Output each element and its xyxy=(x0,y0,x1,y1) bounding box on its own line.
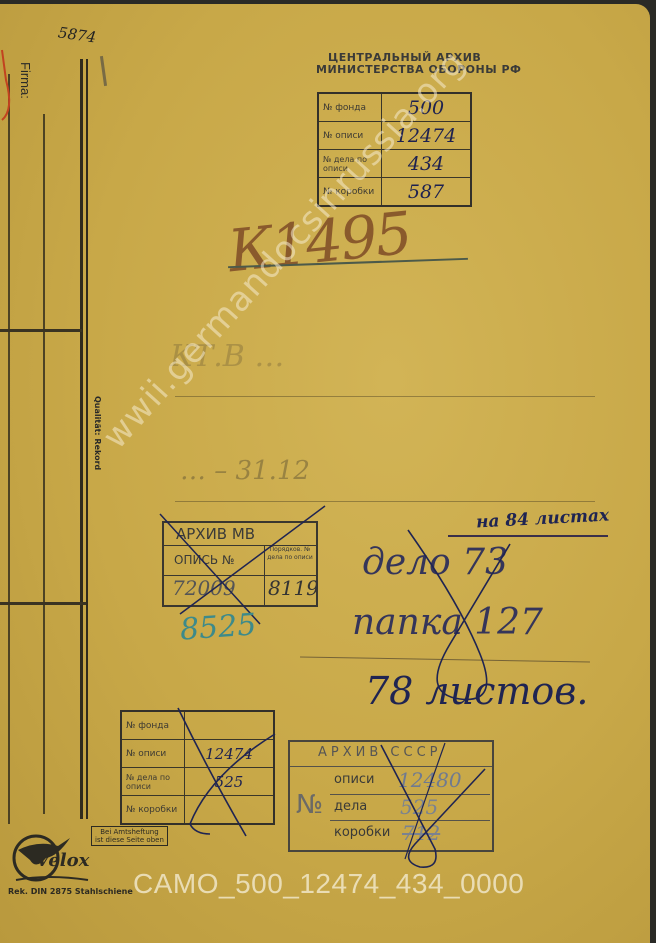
left-divider-2 xyxy=(0,602,86,605)
margin-line-inner xyxy=(86,59,88,819)
left-col-line-1 xyxy=(8,74,10,824)
ussr-label-opisi: описи xyxy=(334,772,375,787)
left-col-line-2 xyxy=(43,114,45,814)
image-caption: CAMO_500_12474_434_0000 xyxy=(133,868,524,900)
margin-line-outer xyxy=(80,59,83,819)
scratch-mark xyxy=(100,56,107,86)
brand-footer: Rek. DIN 2875 Stahlschiene xyxy=(8,887,133,896)
form-line-1 xyxy=(175,396,595,397)
faint-text-2: … – 31.12 xyxy=(180,456,310,486)
small-table-cross-icon xyxy=(170,704,280,844)
form-line-2 xyxy=(175,501,595,502)
blue-number: 8525 xyxy=(179,607,258,647)
firma-label: Firma: xyxy=(18,62,33,99)
binding-note-line1: Bei Amtsheftung xyxy=(95,828,164,836)
ussr-no-label: № xyxy=(296,790,323,820)
binding-note-line2: ist diese Seite oben xyxy=(95,836,164,844)
velox-logo-text: Velox xyxy=(36,850,89,871)
ussr-cross-icon xyxy=(375,739,495,874)
table-label: № фонда xyxy=(318,93,382,122)
binding-note: Bei Amtsheftung ist diese Seite oben xyxy=(91,826,168,846)
red-mark-icon xyxy=(0,40,20,130)
left-divider-1 xyxy=(0,329,82,332)
block-cross-icon xyxy=(390,524,520,724)
folder-cover: 5874 Firma: Qualität: Rekord ЦЕНТРАЛЬНЫЙ… xyxy=(0,4,650,943)
margin-number: 5874 xyxy=(57,23,97,46)
ussr-label-dela: дела xyxy=(334,799,367,814)
